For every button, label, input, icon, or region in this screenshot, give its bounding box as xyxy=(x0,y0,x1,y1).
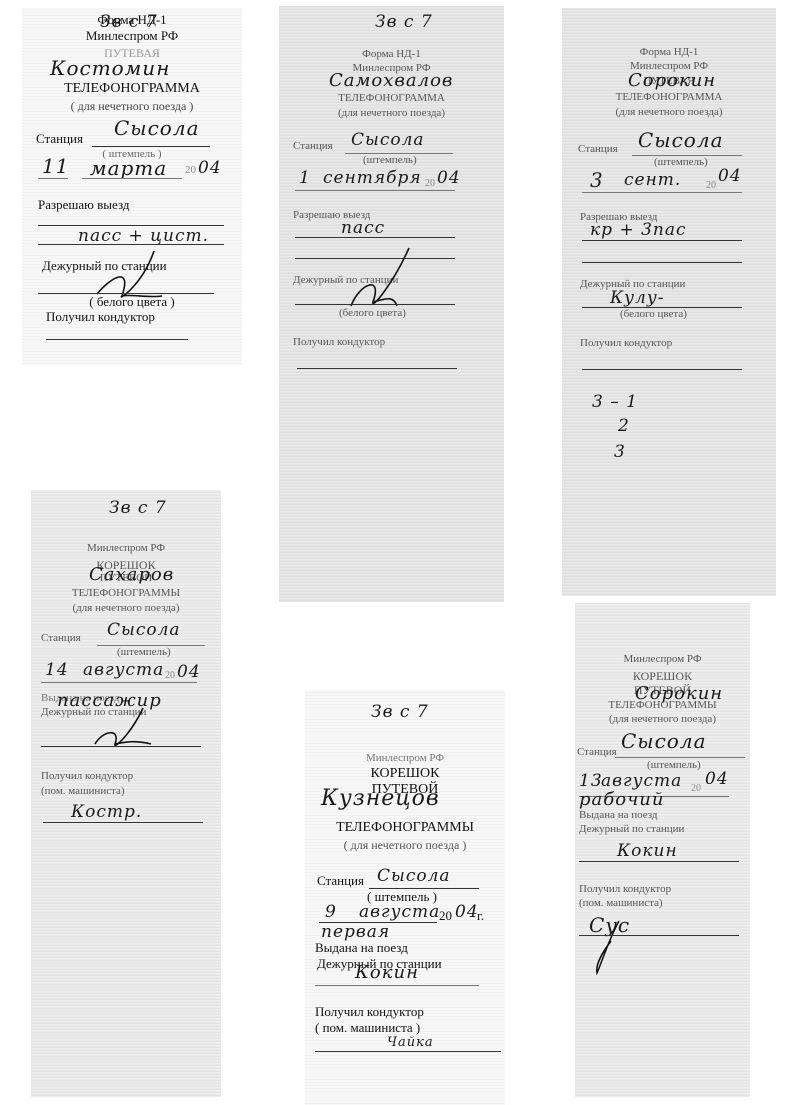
handwritten-conductor: Костр. xyxy=(71,802,142,822)
handwritten-day: 9 xyxy=(325,902,337,922)
issued-label: Выдана на поезд xyxy=(579,809,658,821)
station-label: Станция xyxy=(577,746,617,758)
received-label: Получил кондуктор xyxy=(41,770,133,782)
received-label: Получил кондуктор xyxy=(579,883,671,895)
handwritten-month: августа xyxy=(359,902,440,922)
handwritten-top-mark: Зв с 7 xyxy=(371,702,429,722)
handwritten-top-mark: Зв с 7 xyxy=(375,12,433,32)
station-label: Станция xyxy=(317,873,364,889)
handwritten-surname: Сахаров xyxy=(89,564,174,585)
telephonogram-slip-2: Зв с 7 Форма НД-1 Минлеспром РФ Самохвал… xyxy=(279,6,504,602)
handwritten-duty-signature: Кокин xyxy=(617,841,678,861)
handwritten-surname: Кузнецов xyxy=(321,786,440,811)
handwritten-station: Сысола xyxy=(351,130,425,150)
handwritten-surname: Костомин xyxy=(50,56,170,80)
assistant-label: (пом. машиниста) xyxy=(41,785,125,797)
handwritten-year: 04 xyxy=(198,158,222,178)
form-type-line1: КОРЕШОК xyxy=(305,766,505,782)
station-label: Станция xyxy=(36,131,83,147)
ministry-label: Минлеспром РФ xyxy=(575,653,750,665)
direction-label: (для нечетного поезда) xyxy=(562,106,776,118)
handwritten-top-mark: Зв с 7 xyxy=(109,498,167,518)
handwritten-station: Сысола xyxy=(114,116,200,140)
stamp-label: (штемпель) xyxy=(647,759,701,771)
handwritten-note-3: 3 xyxy=(614,442,626,462)
handwritten-issued: рабочий xyxy=(579,789,664,810)
year-prefix: 20 xyxy=(185,164,196,176)
direction-label: (для нечетного поезда) xyxy=(31,602,221,614)
handwritten-year: 04 xyxy=(705,769,729,789)
handwritten-duty-signature: Кокин xyxy=(355,962,419,983)
handwritten-duty-signature: Кулу- xyxy=(610,288,664,308)
permit-label: Разрешаю выезд xyxy=(38,197,129,213)
handwritten-year: 04 xyxy=(437,168,461,188)
form-type-line2: ТЕЛЕФОНОГРАММА xyxy=(22,81,242,97)
duty-signature-scribble xyxy=(91,704,161,750)
handwritten-month: марта xyxy=(90,156,167,180)
handwritten-station: Сысола xyxy=(621,729,707,753)
received-label: Получил кондуктор xyxy=(293,336,385,348)
handwritten-top-mark: Зв с 7 xyxy=(100,12,158,32)
year-prefix: 20 xyxy=(165,670,175,681)
form-type-line1: КОРЕШОК xyxy=(575,669,750,684)
handwritten-day: 11 xyxy=(42,154,69,178)
handwritten-permit: пасс + цист. xyxy=(78,226,209,246)
form-type-line3: ТЕЛЕФОНОГРАММЫ xyxy=(575,699,750,711)
color-label: ( белого цвета ) xyxy=(22,294,242,310)
stamp-label: (штемпель) xyxy=(117,646,171,658)
handwritten-conductor: Чайка xyxy=(387,1035,434,1050)
form-type-line3: ТЕЛЕФОНОГРАММЫ xyxy=(31,587,221,599)
station-label: Станция xyxy=(293,140,333,152)
received-label: Получил кондуктор xyxy=(580,337,672,349)
telephonogram-slip-3: Форма НД-1 Минлеспром РФ ПУТЕВАЯ Сорокин… xyxy=(562,8,776,596)
handwritten-surname: Самохвалов xyxy=(329,70,453,91)
date-suffix: г. xyxy=(477,908,484,924)
issued-label: Выдана на поезд xyxy=(315,940,408,956)
handwritten-month: августа xyxy=(83,660,164,680)
telephonogram-stub-4: Зв с 7 Минлеспром РФ КОРЕШОК ПУТЕВОЙ Сах… xyxy=(31,490,221,1097)
handwritten-year: 04 xyxy=(455,902,479,922)
received-label: Получил кондуктор xyxy=(315,1004,424,1020)
duty-label: Дежурный по станции xyxy=(579,823,684,835)
handwritten-day: 14 xyxy=(45,660,69,680)
direction-label: (для нечетного поезда) xyxy=(279,107,504,119)
ministry-label: Минлеспром РФ xyxy=(31,542,221,554)
handwritten-day: 13 xyxy=(579,771,603,791)
handwritten-permit: кр + 3пас xyxy=(590,220,687,240)
handwritten-note-2: 2 xyxy=(618,416,630,436)
year-prefix: 20 xyxy=(425,178,435,189)
handwritten-issued: первая xyxy=(321,922,390,942)
handwritten-station: Сысола xyxy=(107,620,181,640)
station-label: Станция xyxy=(41,632,81,644)
ministry-label: Минлеспром РФ xyxy=(305,752,505,764)
assistant-label: (пом. машиниста) xyxy=(579,897,663,909)
stamp-label: (штемпель) xyxy=(363,154,417,166)
handwritten-station: Сысола xyxy=(377,866,451,886)
form-type-line2: ТЕЛЕФОНОГРАММА xyxy=(279,92,504,104)
handwritten-permit: пасс xyxy=(341,218,385,238)
form-number: Форма НД-1 xyxy=(279,48,504,60)
telephonogram-stub-6: Минлеспром РФ КОРЕШОК ПУТЕВОЙ Сорокин ТЕ… xyxy=(575,603,750,1097)
color-label: (белого цвета) xyxy=(620,308,687,320)
year-prefix: 20 xyxy=(706,180,716,191)
received-label: Получил кондуктор xyxy=(46,309,155,325)
handwritten-month: сентября xyxy=(323,168,422,188)
direction-label: ( для нечетного поезда ) xyxy=(22,99,242,114)
handwritten-month: августа xyxy=(601,771,682,791)
form-number: Форма НД-1 xyxy=(562,46,776,58)
handwritten-month: сент. xyxy=(624,170,681,190)
conductor-signature-scribble xyxy=(589,919,639,975)
handwritten-note-1: 3 – 1 xyxy=(592,392,638,412)
year-prefix: 20 xyxy=(439,908,452,924)
handwritten-surname: Сорокин xyxy=(628,70,716,91)
form-type-line3: ТЕЛЕФОНОГРАММЫ xyxy=(305,820,505,836)
handwritten-year: 04 xyxy=(718,166,742,186)
color-label: (белого цвета) xyxy=(339,307,406,319)
direction-label: (для нечетного поезда) xyxy=(575,713,750,725)
handwritten-day: 1 xyxy=(299,168,311,188)
handwritten-day: 3 xyxy=(590,168,604,192)
handwritten-year: 04 xyxy=(177,662,201,682)
stamp-label: (штемпель) xyxy=(654,156,708,168)
handwritten-station: Сысола xyxy=(638,128,724,152)
year-prefix: 20 xyxy=(691,783,701,794)
form-type-line2: ТЕЛЕФОНОГРАММА xyxy=(562,91,776,103)
direction-label: ( для нечетного поезда ) xyxy=(305,838,505,853)
assistant-label: ( пом. машиниста ) xyxy=(315,1020,420,1036)
station-label: Станция xyxy=(578,143,618,155)
telephonogram-slip-1: Форма НД-1 Минлеспром РФ Зв с 7 ПУТЕВАЯ … xyxy=(22,8,242,365)
telephonogram-stub-5: Зв с 7 Минлеспром РФ КОРЕШОК ПУТЕВОЙ Куз… xyxy=(305,690,505,1105)
